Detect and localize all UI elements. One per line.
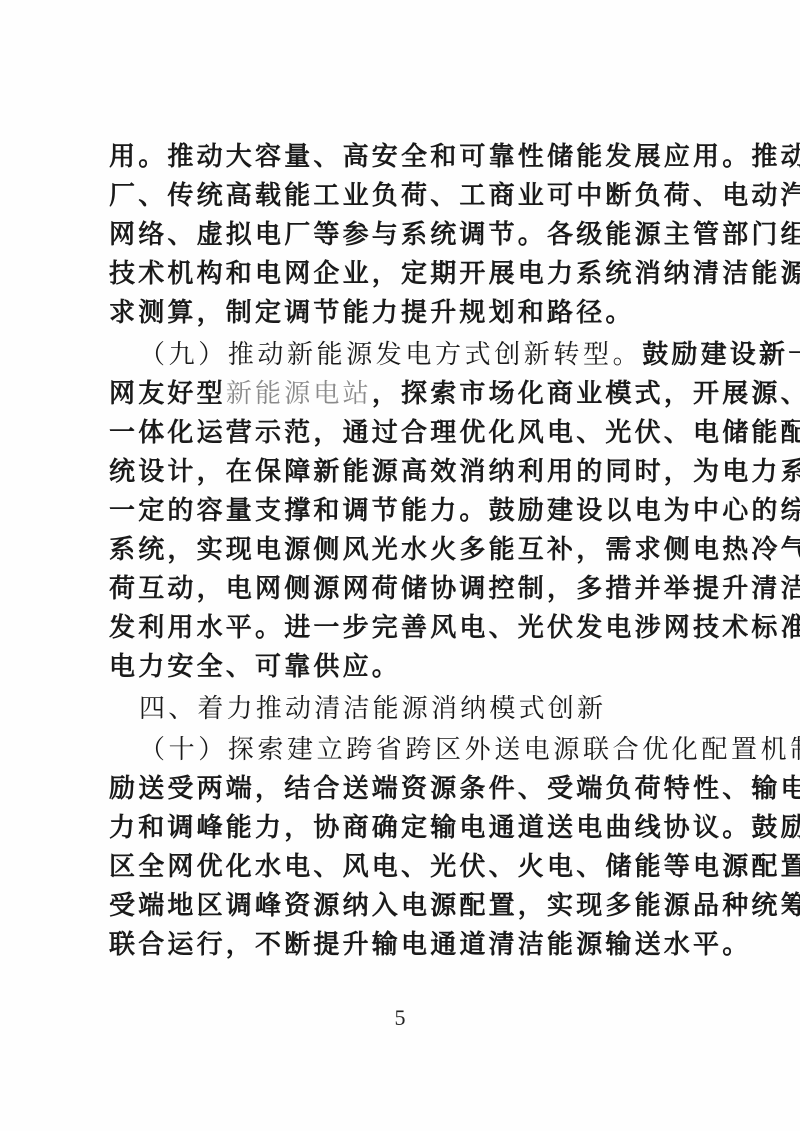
paragraph-line: 技术机构和电网企业，定期开展电力系统消纳清洁能源调节需 [109,255,699,294]
section-10-line: 区全网优化水电、风电、光伏、火电、储能等电源配置，鼓励 [109,848,699,887]
section-9-line: 电力安全、可靠供应。 [109,648,699,687]
section-9-line: 荷互动，电网侧源网荷储协调控制，多措并举提升清洁能源开 [109,570,699,609]
section-10-title: （十）探索建立跨省跨区外送电源联合优化配置机制。 [139,735,800,765]
section-9-line: 发利用水平。进一步完善风电、光伏发电涉网技术标准，保障 [109,609,699,648]
paragraph-line: 厂、传统高载能工业负荷、工商业可中断负荷、电动汽车充电 [109,177,699,216]
page-number: 5 [0,1005,800,1031]
paragraph-line: 用。推动大容量、高安全和可靠性储能发展应用。推动自备电 [109,138,699,177]
section-10-line: 励送受两端，结合送端资源条件、受端负荷特性、输电通道能 [109,770,699,809]
highlight-gray-text: 新能源电站 [226,379,372,409]
section-9-line: 统设计，在保障新能源高效消纳利用的同时，为电力系统提供 [109,453,699,492]
section-9-first-line: （九）推动新能源发电方式创新转型。鼓励建设新一代电 [139,336,729,375]
section-9-line: 一定的容量支撑和调节能力。鼓励建设以电为中心的综合能源 [109,492,699,531]
section-9-line: 系统，实现电源侧风光水火多能互补，需求侧电热冷气多元负 [109,531,699,570]
section-9-line: 网友好型新能源电站，探索市场化商业模式，开展源、网、荷 [109,375,699,414]
section-9-text: 鼓励建设新一代电 [642,340,800,370]
paragraph-line: 求测算，制定调节能力提升规划和路径。 [109,294,699,333]
section-10-line: 受端地区调峰资源纳入电源配置，实现多能源品种统筹优化、 [109,887,699,926]
section-9-line: 一体化运营示范，通过合理优化风电、光伏、电储能配比和系 [109,414,699,453]
text-segment: 网友好型 [109,379,226,409]
section-heading-4: 四、着力推动清洁能源消纳模式创新 [139,690,729,729]
section-10-first-line: （十）探索建立跨省跨区外送电源联合优化配置机制。鼓 [139,731,729,770]
section-10-line: 联合运行，不断提升输电通道清洁能源输送水平。 [109,926,699,965]
document-page: 用。推动大容量、高安全和可靠性储能发展应用。推动自备电 厂、传统高载能工业负荷、… [0,0,800,1131]
paragraph-line: 网络、虚拟电厂等参与系统调节。各级能源主管部门组织相关 [109,216,699,255]
section-10-line: 力和调峰能力，协商确定输电通道送电曲线协议。鼓励送端地 [109,809,699,848]
text-segment: ，探索市场化商业模式，开展源、网、荷 [372,379,800,409]
section-9-title: （九）推动新能源发电方式创新转型。 [139,340,642,370]
